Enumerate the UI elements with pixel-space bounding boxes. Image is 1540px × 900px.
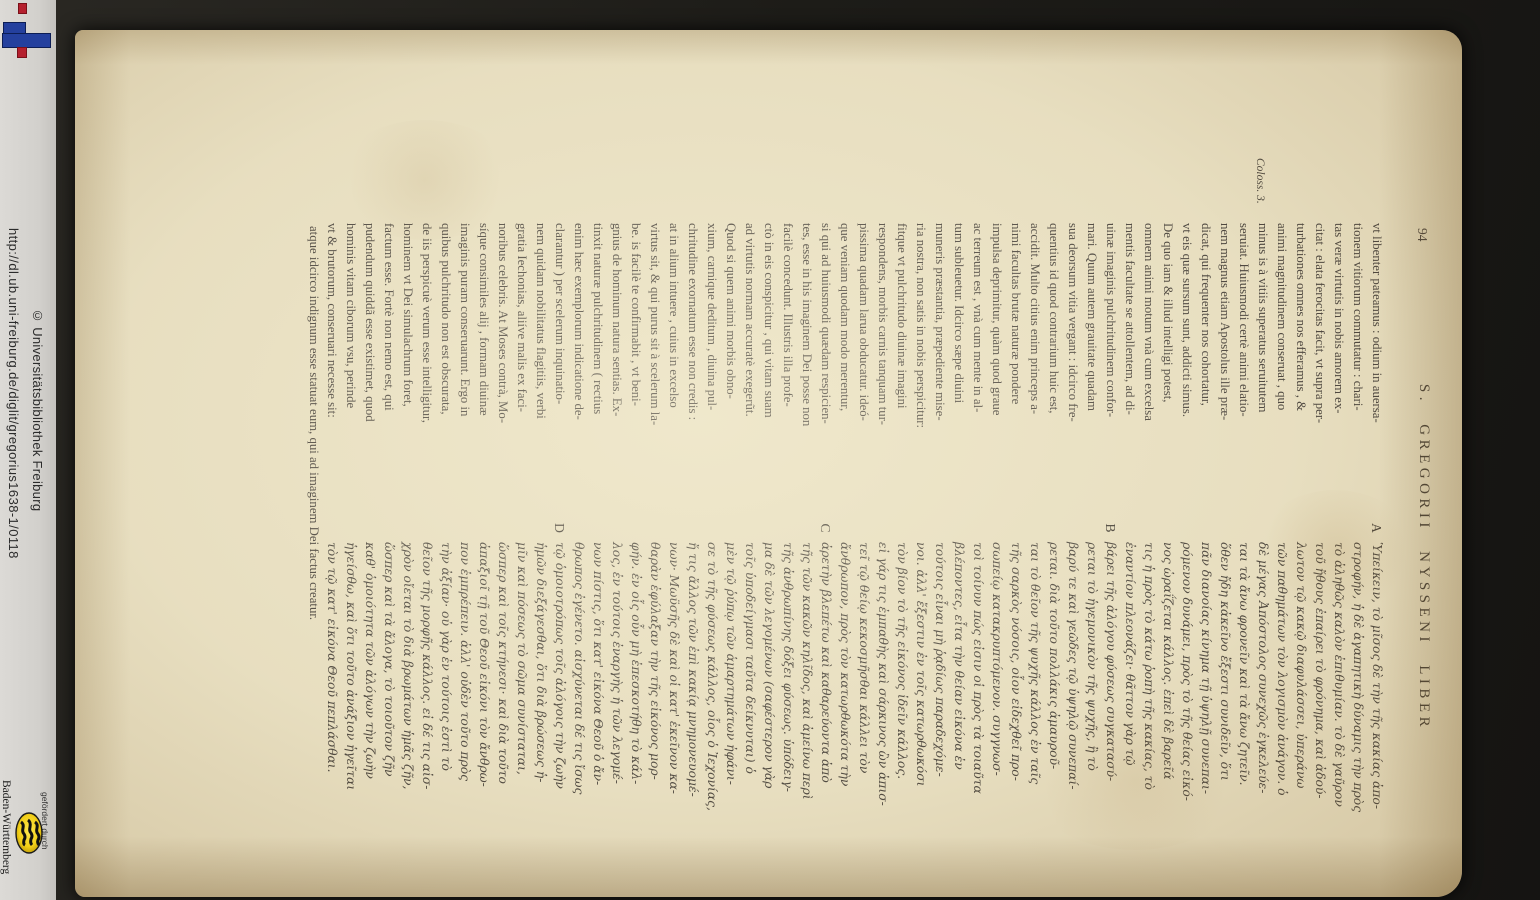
baden-wuerttemberg-coat-of-arms-icon bbox=[15, 812, 43, 859]
page-content-rotated: 94 S. GREGORII NYSSENI LIBER Coloss. 3. … bbox=[75, 30, 1462, 897]
running-title: S. GREGORII NYSSENI LIBER bbox=[1415, 225, 1432, 890]
margin-note-coloss: Coloss. 3. bbox=[1254, 158, 1266, 222]
latin-last-line: atque idcirco indignum esse statuat eum,… bbox=[306, 226, 321, 894]
section-letter-c: C bbox=[817, 519, 833, 537]
section-letter-d: D bbox=[551, 519, 567, 537]
funding-region-label: Baden-Württemberg bbox=[0, 780, 12, 874]
persistent-url-text: http://dl.ub.uni-freiburg.de/diglit/greg… bbox=[6, 228, 21, 559]
color-calibration-mark bbox=[0, 0, 56, 60]
section-letter-b: B bbox=[1102, 519, 1118, 537]
book-page-scan: 94 S. GREGORII NYSSENI LIBER Coloss. 3. … bbox=[75, 30, 1462, 897]
calibration-red-square-top bbox=[18, 3, 27, 14]
calibration-blue-bar-long bbox=[2, 33, 51, 48]
latin-text-column: vt libenter pateamus : odium in auersa- … bbox=[322, 223, 1386, 525]
section-letter-a: A bbox=[1368, 519, 1384, 537]
scanner-strip: http://dl.ub.uni-freiburg.de/diglit/greg… bbox=[0, 0, 56, 900]
copyright-text: © Universitätsbibliothek Freiburg bbox=[30, 308, 45, 511]
calibration-red-square-bottom bbox=[17, 47, 27, 58]
funding-logo: gefördert durch Baden-Württemberg bbox=[0, 768, 56, 900]
greek-text-column: Ὑπείκειν, τὸ μῖσος δὲ τὴν τῆς κακίας ἀπο… bbox=[322, 542, 1386, 892]
